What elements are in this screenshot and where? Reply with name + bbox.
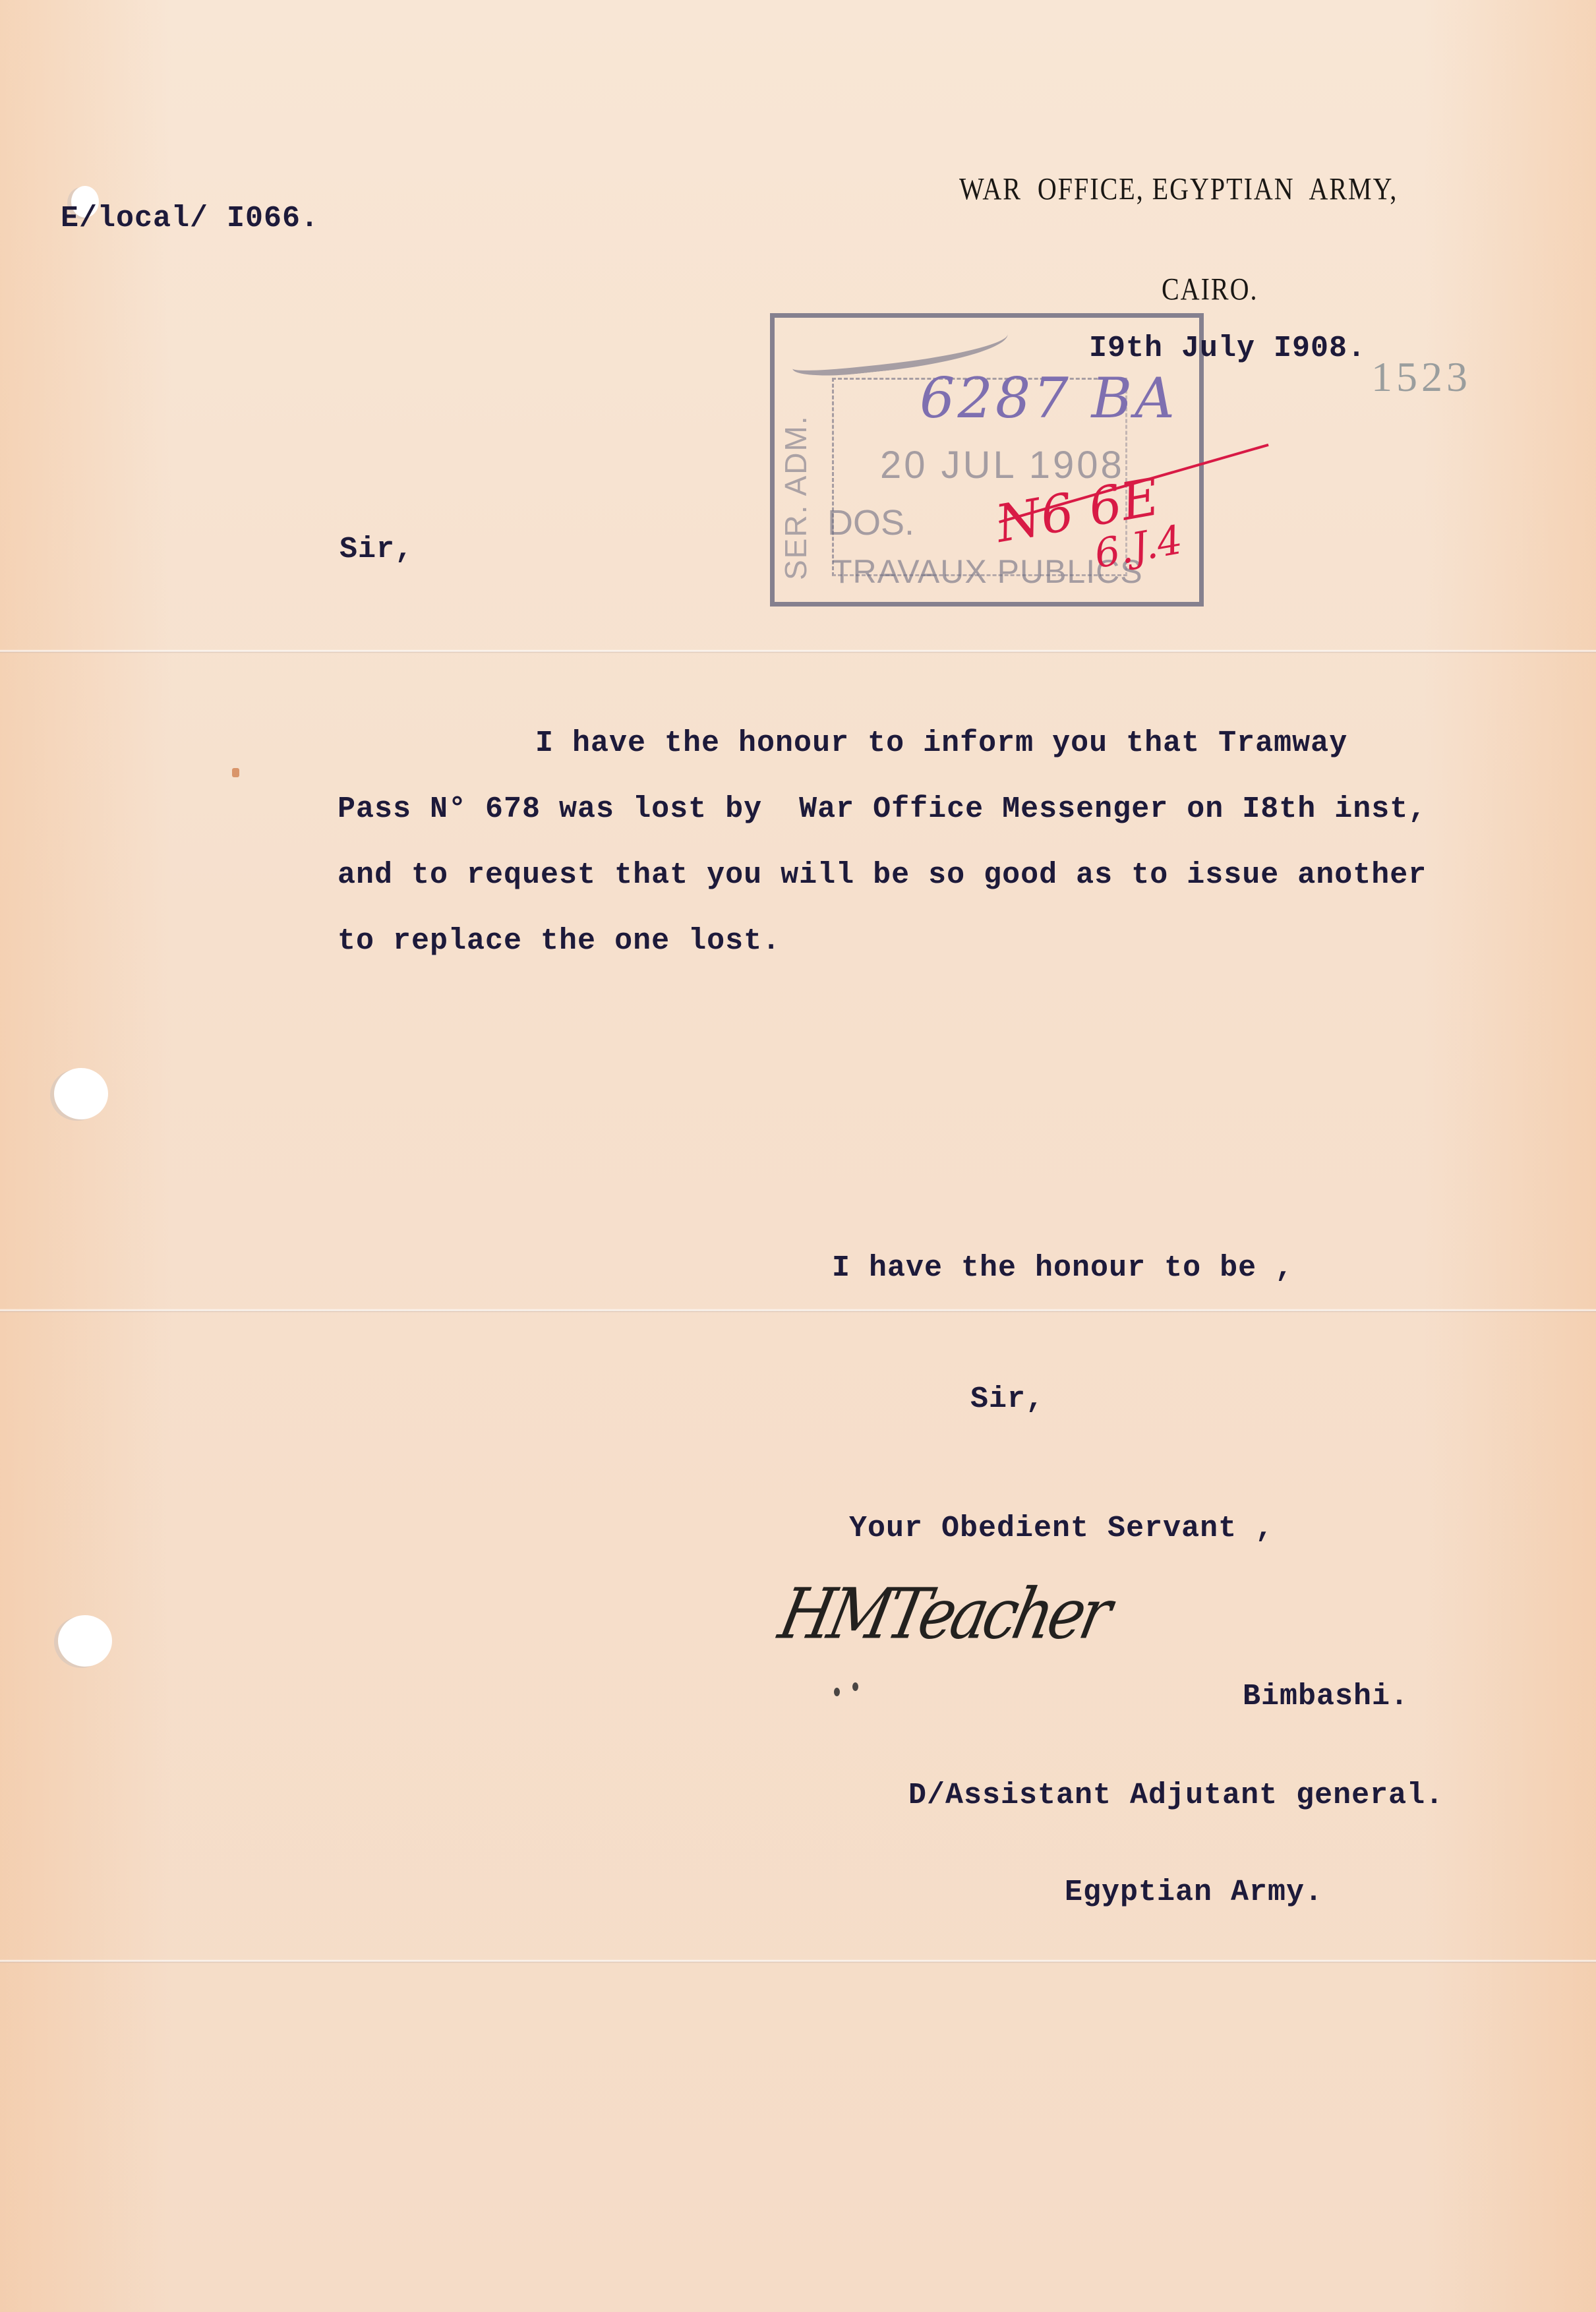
paper-speck bbox=[232, 768, 239, 777]
punch-hole-bottom bbox=[58, 1615, 112, 1667]
letter-date: I9th July I908. bbox=[1089, 332, 1366, 365]
letterhead-organization: WAR OFFICE, EGYPTIAN ARMY, bbox=[959, 170, 1398, 207]
stamp-inner-label: DOS. bbox=[827, 502, 914, 543]
body-line: I have the honour to inform you that Tra… bbox=[535, 726, 1347, 760]
stamp-handwritten-number: 6287 BA bbox=[920, 366, 1177, 430]
closing-sir: Sir, bbox=[970, 1382, 1044, 1416]
letterhead-city: CAIRO. bbox=[1162, 270, 1258, 307]
body-line: and to request that you will be so good … bbox=[338, 858, 1427, 892]
ink-blot bbox=[852, 1682, 858, 1691]
body-line: Pass N° 678 was lost by War Office Messe… bbox=[338, 792, 1427, 826]
ink-blot bbox=[834, 1688, 840, 1696]
salutation: Sir, bbox=[340, 533, 413, 566]
fold-crease-lower bbox=[0, 1959, 1596, 1963]
signatory-rank: Bimbashi. bbox=[1243, 1680, 1409, 1713]
closing-servant: Your Obedient Servant , bbox=[849, 1512, 1274, 1545]
body-line: to replace the one lost. bbox=[338, 924, 781, 958]
signatory-unit: Egyptian Army. bbox=[1065, 1876, 1323, 1909]
signatory-title: D/Assistant Adjutant general. bbox=[908, 1779, 1444, 1812]
fold-crease-upper bbox=[0, 649, 1596, 653]
fold-crease-middle bbox=[0, 1309, 1596, 1313]
closing-line1: I have the honour to be , bbox=[832, 1251, 1293, 1285]
reference-number: E/local/ I066. bbox=[61, 202, 319, 235]
file-number-stamp: 1523 bbox=[1371, 353, 1471, 401]
stamp-side-label: SER. ADM. bbox=[778, 415, 813, 580]
punch-hole-middle bbox=[54, 1068, 108, 1119]
handwritten-signature: HMTeacher bbox=[773, 1574, 1115, 1655]
